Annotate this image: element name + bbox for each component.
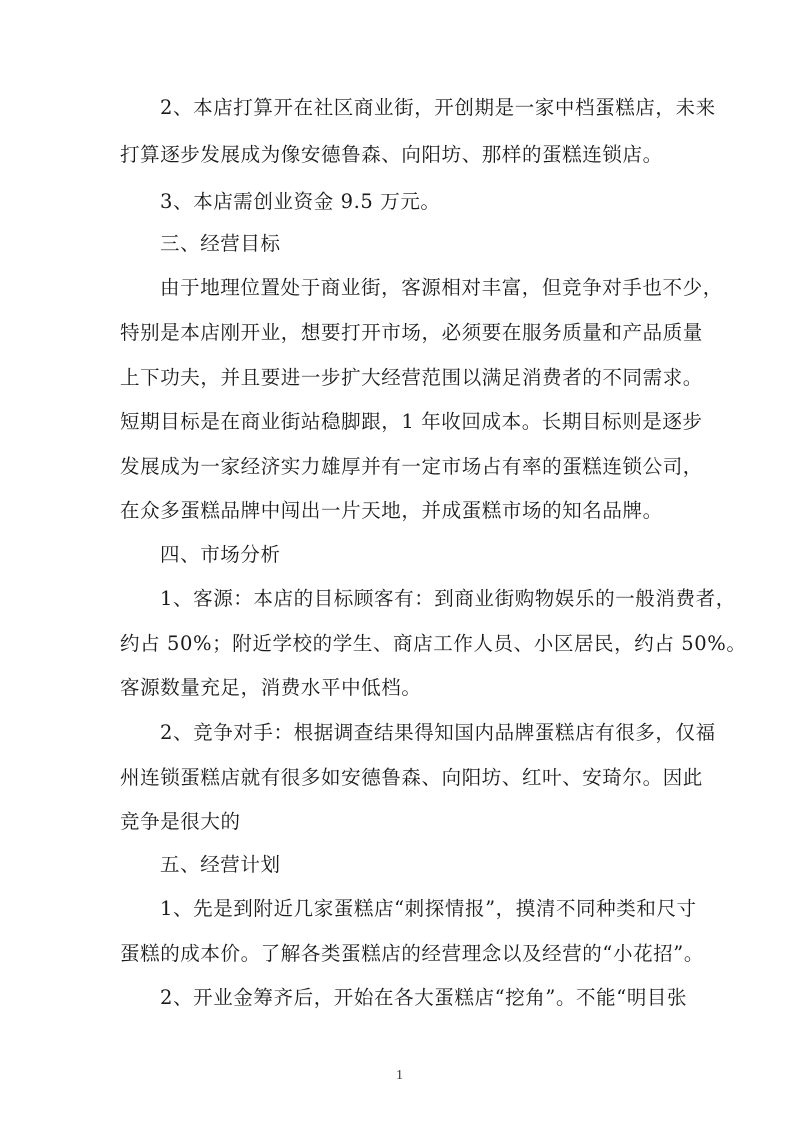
paragraph-line: 1、客源：本店的目标顾客有：到商业街购物娱乐的一般消费者， bbox=[160, 587, 736, 611]
paragraph-line: 短期目标是在商业街站稳脚跟，1 年收回成本。长期目标则是逐步 bbox=[120, 410, 703, 434]
section-heading: 五、经营计划 bbox=[160, 853, 281, 877]
paragraph-line: 3、本店需创业资金 9.5 万元。 bbox=[160, 190, 441, 214]
section-heading: 三、经营目标 bbox=[160, 232, 281, 256]
paragraph-line: 竞争是很大的 bbox=[120, 810, 241, 834]
paragraph-line: 蛋糕的成本价。了解各类蛋糕店的经营理念以及经营的“小花招”。 bbox=[120, 942, 704, 966]
paragraph-line: 打算逐步发展成为像安德鲁森、向阳坊、那样的蛋糕连锁店。 bbox=[120, 143, 663, 167]
paragraph-line: 1、先是到附近几家蛋糕店“刺探情报”，摸清不同种类和尺寸 bbox=[160, 897, 697, 921]
page-number: 1 bbox=[396, 1068, 403, 1084]
paragraph-line: 2、竞争对手：根据调查结果得知国内品牌蛋糕店有很多，仅福 bbox=[160, 721, 716, 745]
document-page: 2、本店打算开在社区商业街，开创期是一家中档蛋糕店，未来 打算逐步发展成为像安德… bbox=[0, 0, 804, 1137]
paragraph-line: 由于地理位置处于商业街，客源相对丰富，但竞争对手也不少， bbox=[160, 276, 723, 300]
paragraph-line: 在众多蛋糕品牌中闯出一片天地，并成蛋糕市场的知名品牌。 bbox=[120, 499, 663, 523]
paragraph-line: 特别是本店刚开业，想要打开市场，必须要在服务质量和产品质量 bbox=[120, 321, 703, 345]
paragraph-line: 上下功夫，并且要进一步扩大经营范围以满足消费者的不同需求。 bbox=[120, 366, 703, 390]
paragraph-line: 客源数量充足，消费水平中低档。 bbox=[120, 676, 422, 700]
paragraph-line: 州连锁蛋糕店就有很多如安德鲁森、向阳坊、红叶、安琦尔。因此 bbox=[120, 766, 703, 790]
section-heading: 四、市场分析 bbox=[160, 543, 281, 567]
paragraph-line: 发展成为一家经济实力雄厚并有一定市场占有率的蛋糕连锁公司， bbox=[120, 455, 703, 479]
paragraph-line: 约占 50%；附近学校的学生、商店工作人员、小区居民，约占 50%。 bbox=[120, 632, 746, 656]
paragraph-line: 2、开业金筹齐后，开始在各大蛋糕店“挖角”。不能“明目张 bbox=[160, 986, 687, 1010]
paragraph-line: 2、本店打算开在社区商业街，开创期是一家中档蛋糕店，未来 bbox=[160, 96, 716, 120]
